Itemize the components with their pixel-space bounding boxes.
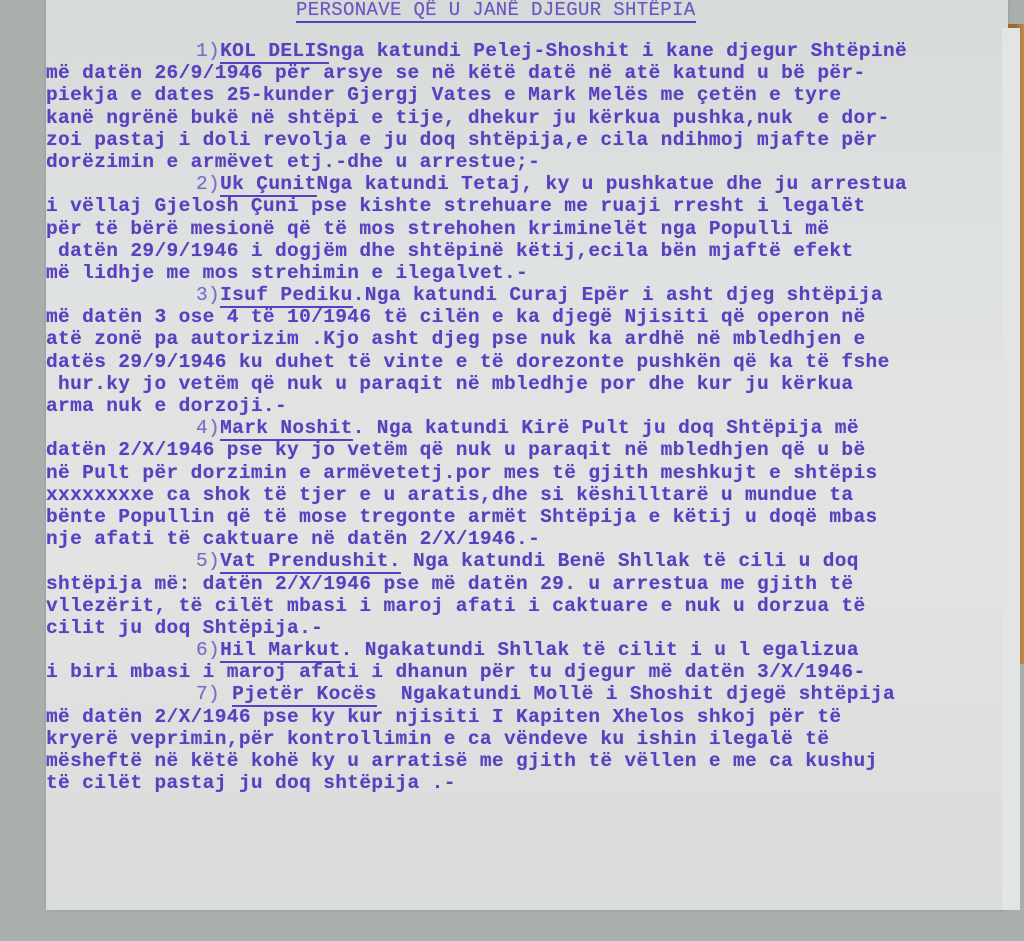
entry-text-line: datën 2/X/1946 pse ky jo vetëm që nuk u …	[46, 439, 907, 461]
entry-text: . Nga katundi Kirë Pult ju doq Shtëpija …	[353, 417, 859, 439]
entry-text-line: dorëzimin e armëvet etj.-dhe u arrestue;…	[46, 151, 907, 173]
entry-text-line: më datën 26/9/1946 për arsye se në këtë …	[46, 62, 907, 84]
document-body: 1)KOL DELISnga katundi Pelej-Shoshit i k…	[46, 40, 907, 794]
entry-text-line: hur.ky jo vetëm që nuk u paraqit në mble…	[46, 373, 907, 395]
entry-heading-line: 4)Mark Noshit. Nga katundi Kirë Pult ju …	[46, 417, 907, 439]
entry-heading-line: 3)Isuf Pediku.Nga katundi Curaj Epër i a…	[46, 284, 907, 306]
entry-heading-line: 1)KOL DELISnga katundi Pelej-Shoshit i k…	[46, 40, 907, 62]
entry-number: 2)	[196, 173, 220, 195]
entry-heading-line: 6)Hil Markut. Ngakatundi Shllak të cilit…	[46, 639, 907, 661]
entry-person-name: Isuf Pediku	[220, 284, 353, 308]
entry-text-line: nje afati të caktuare në datën 2/X/1946.…	[46, 528, 907, 550]
entry-person-name: Vat Prendushit.	[220, 550, 401, 574]
entry-heading-line: 7) Pjetër Kocës Ngakatundi Mollë i Shosh…	[46, 683, 907, 705]
entry-text-line: më datën 2/X/1946 pse ky kur njisiti I K…	[46, 706, 907, 728]
entry-text-line: piekja e dates 25-kunder Gjergj Vates e …	[46, 84, 907, 106]
entry-text: Nga katundi Benë Shllak të cili u doq	[401, 550, 859, 572]
entry-number: 3)	[196, 284, 220, 306]
entry-person-name: Uk Çunit	[220, 173, 316, 197]
entry-text-line: kryerë veprimin,për kontrollimin e ca vë…	[46, 728, 907, 750]
entry-text-line: shtëpija më: datën 2/X/1946 pse më datën…	[46, 573, 907, 595]
entry-text: .Nga katundi Curaj Epër i asht djeg shtë…	[353, 284, 883, 306]
entry-heading-line: 5)Vat Prendushit. Nga katundi Benë Shlla…	[46, 550, 907, 572]
entry-text: Nga katundi Tetaj, ky u pushkatue dhe ju…	[317, 173, 908, 195]
entry-text-line: vllezërit, të cilët mbasi i maroj afati …	[46, 595, 907, 617]
entry-text-line: zoi pastaj i doli revolja e ju doq shtëp…	[46, 129, 907, 151]
entry-number: 6)	[196, 639, 220, 661]
entry-text-line: më lidhje me mos strehimin e ilegalvet.-	[46, 262, 907, 284]
entry-person-name: Hil Markut	[220, 639, 341, 663]
entry-text-line: të cilët pastaj ju doq shtëpija .-	[46, 772, 907, 794]
entry-number: 5)	[196, 550, 220, 572]
entry-text-line: për të bërë mesionë që të mos strehohen …	[46, 218, 907, 240]
entry-text-line: datën 29/9/1946 i dogjëm dhe shtëpinë kë…	[46, 240, 907, 262]
entry-text-line: mësheftë në këtë kohë ky u arratisë me g…	[46, 750, 907, 772]
entry-heading-line: 2)Uk ÇunitNga katundi Tetaj, ky u pushka…	[46, 173, 907, 195]
entry-text: . Ngakatundi Shllak të cilit i u l egali…	[341, 639, 859, 661]
entry-text-line: datës 29/9/1946 ku duhet të vinte e të d…	[46, 351, 907, 373]
entry-text-line: xxxxxxxxe ca shok të tjer e u aratis,dhe…	[46, 484, 907, 506]
entry-text-line: bënte Popullin që të mose tregonte armët…	[46, 506, 907, 528]
entry-number: 1)	[196, 40, 220, 62]
entry-number: 7)	[196, 683, 232, 705]
entry-number: 4)	[196, 417, 220, 439]
entry-text-line: atë zonë pa autorizim .Kjo asht djeg pse…	[46, 328, 907, 350]
entry-text-line: i vëllaj Gjelosh Çuni pse kishte strehua…	[46, 195, 907, 217]
entry-text-line: i biri mbasi i maroj afati i dhanun për …	[46, 661, 907, 683]
entry-text-line: në Pult për dorzimin e armëvetetj.por me…	[46, 462, 907, 484]
entry-text-line: cilit ju doq Shtëpija.-	[46, 617, 907, 639]
entry-text-line: arma nuk e dorzoji.-	[46, 395, 907, 417]
entry-text-line: kanë ngrënë bukë në shtëpi e tije, dheku…	[46, 107, 907, 129]
entry-text-line: më datën 3 ose 4 të 10/1946 të cilën e k…	[46, 306, 907, 328]
entry-person-name: KOL DELIS	[220, 40, 328, 64]
entry-person-name: Pjetër Kocës	[232, 683, 377, 707]
entry-text: nga katundi Pelej-Shoshit i kane djegur …	[329, 40, 908, 62]
document-title: PERSONAVE QË U JANË DJEGUR SHTËPIA	[296, 0, 696, 23]
entry-person-name: Mark Noshit	[220, 417, 353, 441]
entry-text: Ngakatundi Mollë i Shoshit djegë shtëpij…	[377, 683, 895, 705]
